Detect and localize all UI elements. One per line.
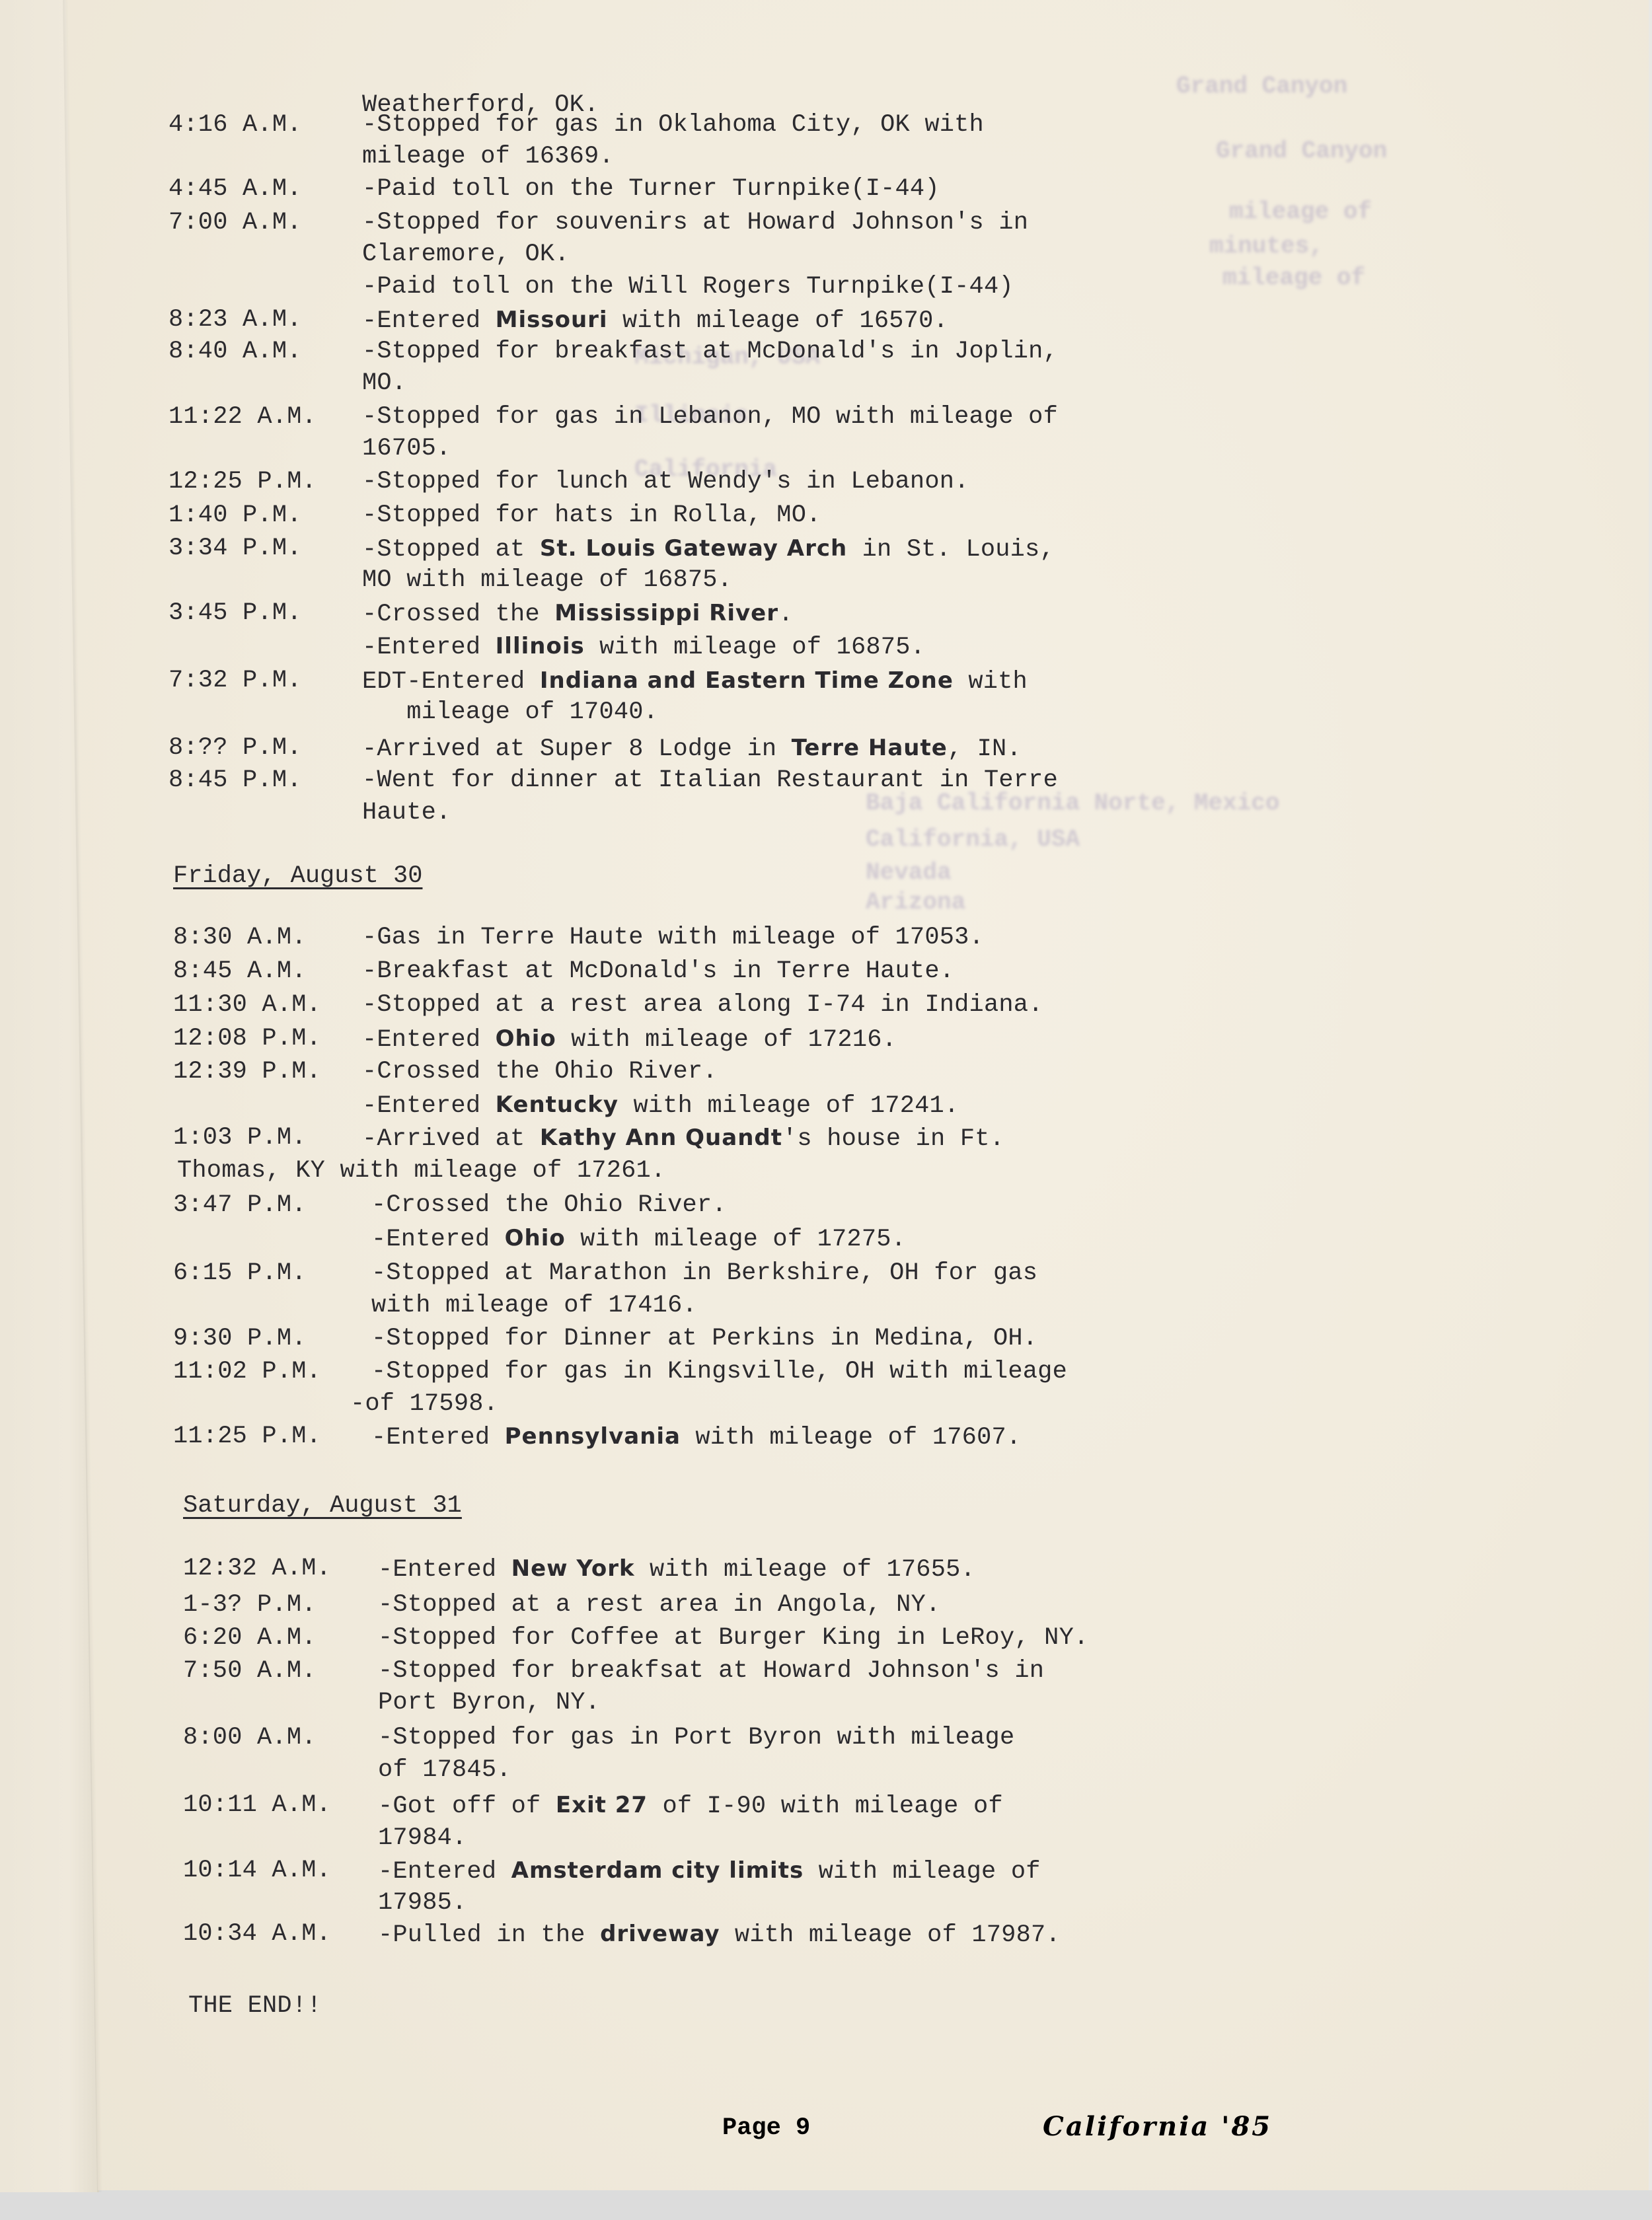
entry-time: 8:45 P.M. — [169, 764, 302, 796]
entry-time: 4:45 A.M. — [169, 173, 302, 205]
entry-time: 12:32 A.M. — [183, 1553, 331, 1584]
entry-time: 6:15 P.M. — [173, 1257, 307, 1289]
entry-time: 1:40 P.M. — [169, 499, 302, 531]
entry-time: 1:03 P.M. — [173, 1122, 307, 1154]
entry-text: -Stopped for gas in Oklahoma City, OK wi… — [362, 109, 984, 141]
entry-time: 9:30 P.M. — [173, 1323, 307, 1354]
entry-time: 8:45 A.M. — [173, 955, 307, 987]
entry-text: with mileage of 17416. — [371, 1290, 697, 1321]
entry-text: -Stopped for hats in Rolla, MO. — [362, 499, 821, 531]
entry-time: 8:40 A.M. — [169, 336, 302, 367]
entry-time: 3:34 P.M. — [169, 533, 302, 564]
entry-text: -Stopped for gas in Lebanon, MO with mil… — [362, 401, 1058, 433]
entry-text: Claremore, OK. — [362, 239, 570, 270]
page-content: Weatherford, OK.4:16 A.M.-Stopped for ga… — [0, 0, 1652, 2220]
entry-time: 7:50 A.M. — [183, 1655, 317, 1687]
entry-time: 8:?? P.M. — [169, 732, 302, 764]
entry-text: -Stopped for breakfast at McDonald's in … — [362, 336, 1058, 367]
entry-text: of 17845. — [378, 1754, 511, 1786]
publication-title: California '85 — [1043, 2111, 1272, 2142]
entry-text: -Got off of Exit 27 of I-90 with mileage… — [378, 1789, 1003, 1822]
entry-text: -Breakfast at McDonald's in Terre Haute. — [362, 955, 954, 987]
emphasized-place-name: Ohio — [496, 1025, 556, 1052]
entry-time: 8:30 A.M. — [173, 922, 307, 953]
entry-text: mileage of 17040. — [362, 696, 658, 728]
emphasized-place-name: Illinois — [496, 633, 585, 659]
entry-text: -Entered Illinois with mileage of 16875. — [362, 630, 925, 663]
entry-text: -Went for dinner at Italian Restaurant i… — [362, 764, 1058, 796]
entry-time: 7:00 A.M. — [169, 207, 302, 239]
entry-text: -Paid toll on the Will Rogers Turnpike(I… — [362, 271, 1014, 303]
entry-text: -Crossed the Mississippi River. — [362, 597, 793, 630]
entry-text: -Stopped for souvenirs at Howard Johnson… — [362, 207, 1028, 239]
entry-time: 8:23 A.M. — [169, 304, 302, 336]
entry-time: 6:20 A.M. — [183, 1622, 317, 1654]
entry-time: 10:34 A.M. — [183, 1918, 331, 1950]
entry-text-continuation: Thomas, KY with mileage of 17261. — [177, 1155, 665, 1187]
entry-time: 7:32 P.M. — [169, 665, 302, 696]
entry-text: -Stopped at St. Louis Gateway Arch in St… — [362, 533, 1055, 566]
entry-text: 16705. — [362, 433, 451, 464]
entry-text: -Stopped at a rest area in Angola, NY. — [378, 1589, 940, 1621]
entry-text: -Stopped at a rest area along I-74 in In… — [362, 989, 1043, 1021]
entry-text: -Entered Ohio with mileage of 17275. — [371, 1222, 906, 1255]
entry-time: 12:08 P.M. — [173, 1023, 321, 1054]
entry-time: 3:47 P.M. — [173, 1189, 307, 1221]
entry-text: EDT-Entered Indiana and Eastern Time Zon… — [362, 665, 1028, 698]
entry-text: -Entered Ohio with mileage of 17216. — [362, 1023, 897, 1056]
emphasized-place-name: Pennsylvania — [505, 1423, 681, 1450]
emphasized-place-name: New York — [511, 1555, 635, 1582]
entry-text: -Entered New York with mileage of 17655. — [378, 1553, 975, 1586]
entry-text: -Stopped for breakfsat at Howard Johnson… — [378, 1655, 1044, 1687]
entry-time: 10:14 A.M. — [183, 1855, 331, 1886]
entry-text: -Paid toll on the Turner Turnpike(I-44) — [362, 173, 940, 205]
section-heading: Friday, August 30 — [173, 860, 422, 892]
emphasized-place-name: Indiana and Eastern Time Zone — [540, 667, 954, 694]
entry-time: 3:45 P.M. — [169, 597, 302, 629]
entry-text: -Entered Kentucky with mileage of 17241. — [362, 1089, 959, 1122]
entry-time: 12:39 P.M. — [173, 1056, 321, 1088]
entry-text: -Entered Amsterdam city limits with mile… — [378, 1855, 1041, 1888]
entry-time: 11:25 P.M. — [173, 1421, 321, 1452]
entry-text: -Stopped for lunch at Wendy's in Lebanon… — [362, 466, 969, 498]
entry-text: Haute. — [362, 797, 451, 829]
emphasized-place-name: driveway — [600, 1921, 720, 1947]
entry-text: -Entered Missouri with mileage of 16570. — [362, 304, 948, 337]
entry-text: 17985. — [378, 1887, 467, 1919]
entry-time: 12:25 P.M. — [169, 466, 317, 498]
entry-text: -Arrived at Kathy Ann Quandt's house in … — [362, 1122, 1004, 1155]
entry-text: -Stopped for Coffee at Burger King in Le… — [378, 1622, 1088, 1654]
emphasized-place-name: Ohio — [505, 1225, 566, 1251]
page-number: Page 9 — [722, 2114, 810, 2142]
emphasized-place-name: Kathy Ann Quandt — [540, 1125, 782, 1151]
emphasized-place-name: Exit 27 — [556, 1792, 648, 1818]
emphasized-place-name: Amsterdam city limits — [511, 1857, 804, 1884]
entry-text: MO. — [362, 367, 406, 399]
entry-text: -Stopped for gas in Port Byron with mile… — [378, 1722, 1014, 1754]
emphasized-place-name: Terre Haute — [792, 735, 948, 761]
entry-text: -Pulled in the driveway with mileage of … — [378, 1918, 1061, 1951]
entry-text: -Crossed the Ohio River. — [362, 1056, 718, 1088]
entry-text: -Entered Pennsylvania with mileage of 17… — [371, 1421, 1021, 1454]
entry-text: MO with mileage of 16875. — [362, 564, 732, 596]
entry-time: 1-3? P.M. — [183, 1589, 317, 1621]
closing-text: THE END!! — [188, 1990, 322, 2022]
entry-text: -Stopped at Marathon in Berkshire, OH fo… — [371, 1257, 1037, 1289]
emphasized-place-name: Mississippi River — [554, 600, 778, 626]
entry-time: 11:02 P.M. — [173, 1356, 321, 1387]
entry-text: -Gas in Terre Haute with mileage of 1705… — [362, 922, 984, 953]
entry-time: 8:00 A.M. — [183, 1722, 317, 1754]
entry-time: 11:22 A.M. — [169, 401, 317, 433]
entry-time: 4:16 A.M. — [169, 109, 302, 141]
entry-time: 10:11 A.M. — [183, 1789, 331, 1821]
entry-text: -Stopped for Dinner at Perkins in Medina… — [371, 1323, 1037, 1354]
entry-time: 11:30 A.M. — [173, 989, 321, 1021]
entry-text: -Crossed the Ohio River. — [371, 1189, 727, 1221]
entry-text: -Stopped for gas in Kingsville, OH with … — [371, 1356, 1067, 1387]
entry-text: Port Byron, NY. — [378, 1687, 600, 1719]
section-heading: Saturday, August 31 — [183, 1490, 462, 1522]
entry-text: 17984. — [378, 1822, 467, 1854]
entry-text: -Arrived at Super 8 Lodge in Terre Haute… — [362, 732, 1022, 765]
entry-text: -of 17598. — [350, 1388, 498, 1420]
emphasized-place-name: Kentucky — [496, 1091, 619, 1118]
emphasized-place-name: Missouri — [496, 307, 608, 333]
entry-text: mileage of 16369. — [362, 141, 614, 172]
emphasized-place-name: St. Louis Gateway Arch — [540, 535, 847, 562]
